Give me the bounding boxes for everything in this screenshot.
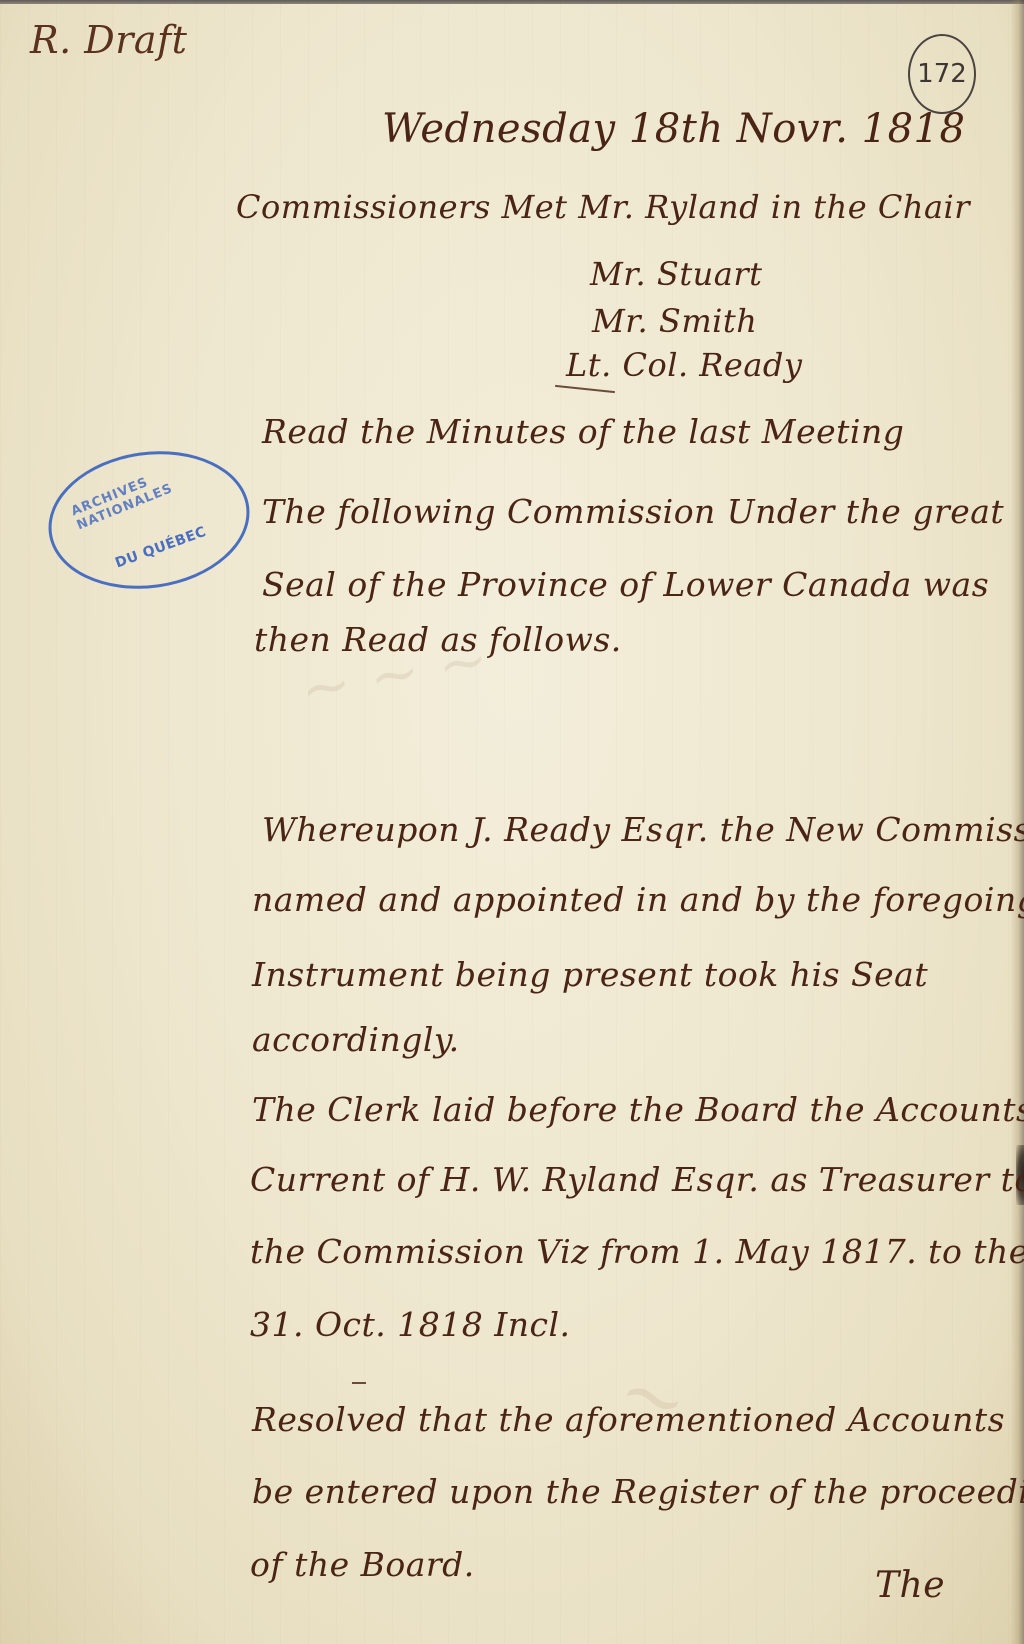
attendance-line: Commissioners Met Mr. Ryland in the Chai… [236,188,970,226]
body-line: 31. Oct. 1818 Incl. [250,1305,571,1344]
body-line: accordingly. [252,1020,460,1059]
body-line: Current of H. W. Ryland Esqr. as Treasur… [250,1160,1024,1199]
body-line: Read the Minutes of the last Meeting [262,412,904,451]
date-heading: Wednesday 18th Novr. 1818 [382,106,965,152]
body-line: Resolved that the aforementioned Account… [252,1400,1005,1439]
folio-number: 172 [908,34,976,114]
catchword: The [875,1565,945,1606]
page-top-edge [0,0,1024,4]
body-line: Instrument being present took his Seat [252,955,928,994]
body-line: of the Board. [250,1545,475,1584]
body-line: Seal of the Province of Lower Canada was [262,565,989,604]
member-name: Mr. Smith [592,302,757,340]
body-line: then Read as follows. [254,620,622,659]
body-line: The Clerk laid before the Board the Acco… [252,1090,1024,1129]
margin-note: R. Draft [30,18,187,62]
body-line: The following Commission Under the great [262,492,1004,531]
stamp-top-text: ARCHIVES NATIONALES [69,440,242,533]
stamp-bottom-text: DU QUÉBEC [113,524,208,572]
member-name: Mr. Stuart [590,255,763,293]
body-line: the Commission Viz from 1. May 1817. to … [250,1232,1024,1271]
body-line: named and appointed in and by the forego… [252,880,1024,919]
body-line: be entered upon the Register of the proc… [252,1472,1024,1511]
folio-number-text: 172 [917,59,967,89]
member-name: Lt. Col. Ready [566,346,802,384]
manuscript-page: ~ ~ ~ ~ R. Draft 172 Wednesday 18th Novr… [0,0,1024,1644]
body-line: Whereupon J. Ready Esqr. the New Commiss… [262,810,1024,849]
flourish-stroke [555,385,615,393]
archives-stamp: ARCHIVES NATIONALES DU QUÉBEC [40,439,259,602]
separator-dash [352,1382,366,1384]
